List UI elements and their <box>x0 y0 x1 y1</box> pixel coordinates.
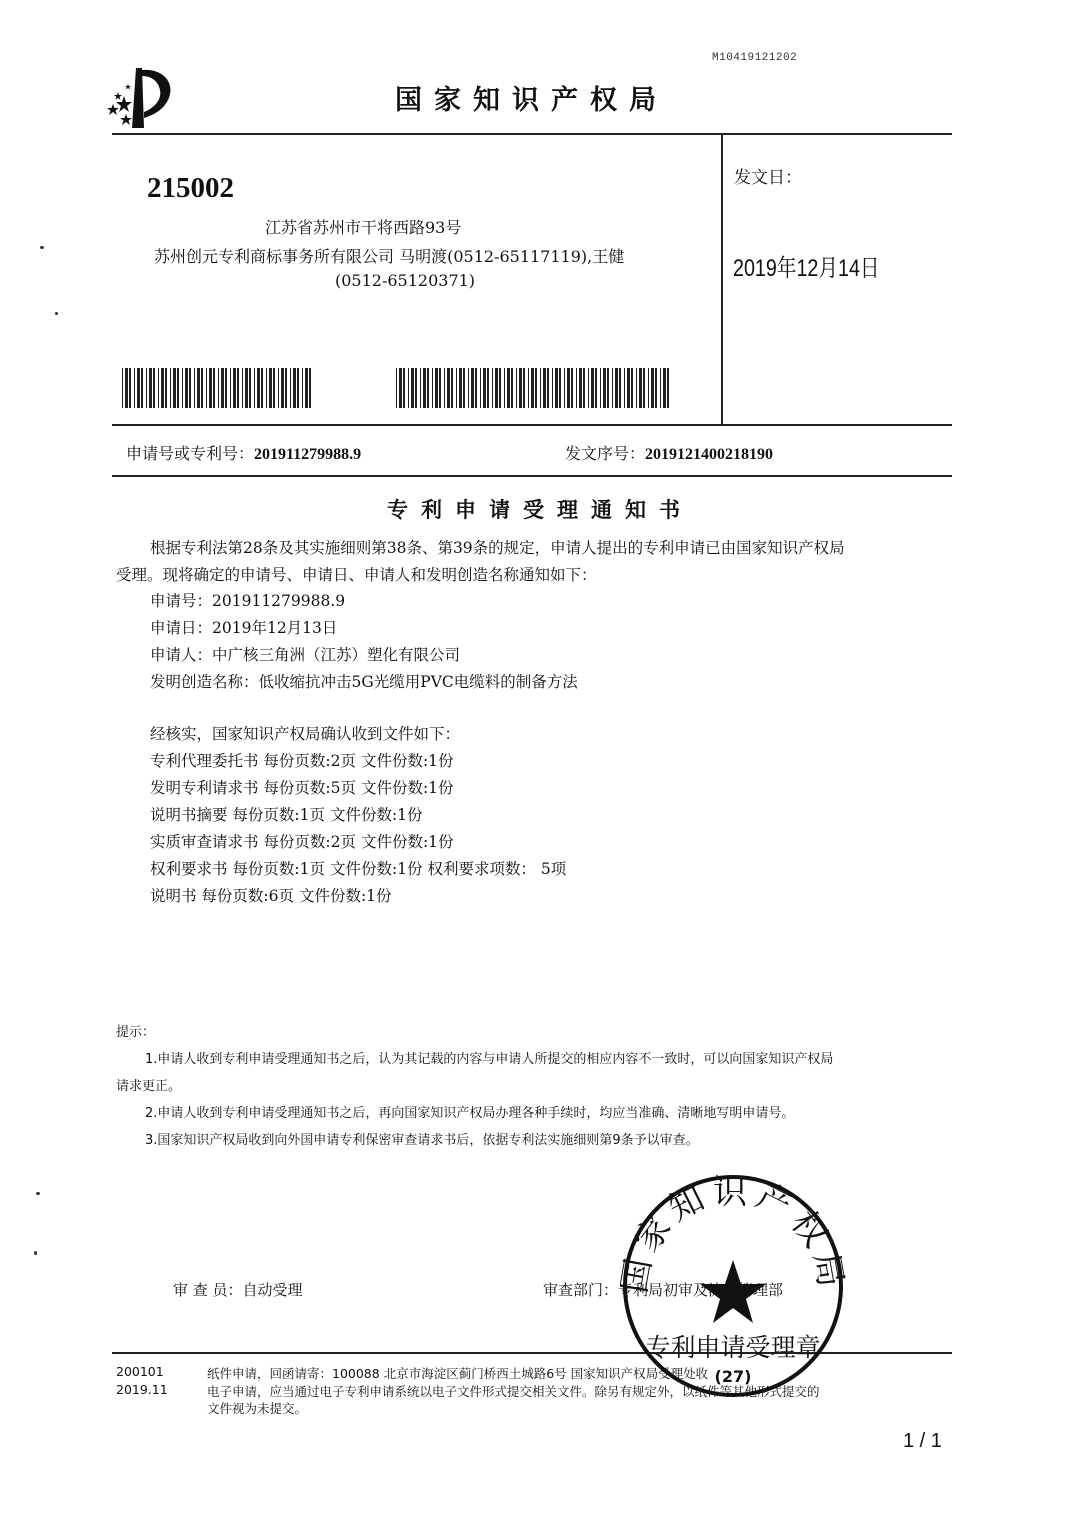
scan-speck <box>40 246 44 249</box>
department-label: 审查部门： <box>543 1281 618 1299</box>
application-number-label: 申请号或专利号： <box>126 444 254 463</box>
tip-item-cont: 请求更正。 <box>116 1075 181 1094</box>
official-seal-icon: 国家知识产权局 专利申请受理章 (27) <box>620 1172 846 1400</box>
field-value: 中广核三角洲（江苏）塑化有限公司 <box>212 646 460 664</box>
scan-speck <box>36 1192 40 1195</box>
examiner-label: 审 查 员： <box>173 1281 243 1299</box>
notice-field: 发明创造名称：低收缩抗冲击5G光缆用PVC电缆料的制备方法 <box>150 670 578 692</box>
notice-field: 申请号：201911279988.9 <box>150 589 345 611</box>
field-label: 申请人： <box>150 646 212 664</box>
field-value: 低收缩抗冲击5G光缆用PVC电缆料的制备方法 <box>259 673 578 691</box>
examiner: 审 查 员：自动受理 <box>173 1279 303 1300</box>
divider <box>112 424 952 426</box>
agency-line: 苏州创元专利商标事务所有限公司 马明渡(0512-65117119),王健 <box>154 244 624 267</box>
tip-item: 2.申请人收到专利申请受理通知书之后，再向国家知识产权局办理各种手续时，均应当准… <box>145 1102 794 1121</box>
intro-paragraph-cont: 受理。现将确定的申请号、申请日、申请人和发明创造名称通知如下： <box>116 562 597 589</box>
org-title: 国家知识产权局 <box>395 78 668 117</box>
cnipa-logo-icon <box>98 62 178 132</box>
serial-number-row: 发文序号：2019121400218190 <box>565 441 773 464</box>
barcode-icon <box>396 368 670 408</box>
footer-line: 文件视为未提交。 <box>207 1399 307 1417</box>
field-label: 申请日： <box>150 619 212 637</box>
examiner-value: 自动受理 <box>243 1281 303 1299</box>
svg-text:专利申请受理章: 专利申请受理章 <box>645 1333 820 1362</box>
received-intro: 经核实，国家知识产权局确认收到文件如下： <box>150 722 460 744</box>
footer-code: 200101 <box>116 1364 164 1379</box>
field-value: 2019年12月13日 <box>212 619 337 637</box>
serial-number-label: 发文序号： <box>565 444 645 463</box>
phone-line: (0512-65120371) <box>335 271 475 290</box>
received-document: 权利要求书 每份页数:1页 文件份数:1份 权利要求项数： 5项 <box>150 857 566 879</box>
svg-text:(27): (27) <box>715 1367 752 1386</box>
barcode-icon <box>122 368 314 408</box>
page-number: 1 / 1 <box>903 1430 942 1453</box>
received-document: 实质审查请求书 每份页数:2页 文件份数:1份 <box>150 830 454 852</box>
postcode: 215002 <box>147 172 234 205</box>
scan-speck <box>34 1251 37 1255</box>
divider <box>112 133 952 135</box>
application-number-value: 201911279988.9 <box>254 446 361 463</box>
notice-field: 申请日：2019年12月13日 <box>150 616 337 638</box>
tip-item: 3.国家知识产权局收到向外国申请专利保密审查请求书后，依据专利法实施细则第9条予… <box>145 1129 699 1148</box>
received-document: 说明书摘要 每份页数:1页 文件份数:1份 <box>150 803 423 825</box>
issue-date-value: 2019年12月14日 <box>733 248 880 283</box>
received-document: 专利代理委托书 每份页数:2页 文件份数:1份 <box>150 749 454 771</box>
field-label: 发明创造名称： <box>150 673 259 691</box>
application-number-row: 申请号或专利号：201911279988.9 <box>126 441 361 464</box>
scan-speck <box>55 312 58 315</box>
received-document: 说明书 每份页数:6页 文件份数:1份 <box>150 884 392 906</box>
field-value: 201911279988.9 <box>212 592 345 610</box>
issue-date-label: 发文日： <box>734 163 802 188</box>
tip-item: 1.申请人收到专利申请受理通知书之后，认为其记载的内容与申请人所提交的相应内容不… <box>145 1048 833 1067</box>
serial-number-value: 2019121400218190 <box>645 446 773 463</box>
tips-heading: 提示： <box>116 1021 155 1040</box>
divider <box>112 475 952 477</box>
footer-code: 2019.11 <box>116 1382 168 1397</box>
notice-field: 申请人：中广核三角洲（江苏）塑化有限公司 <box>150 643 460 665</box>
intro-paragraph: 根据专利法第28条及其实施细则第38条、第39条的规定，申请人提出的专利申请已由… <box>150 535 845 562</box>
notice-title: 专利申请受理通知书 <box>0 494 1080 524</box>
field-label: 申请号： <box>150 592 212 610</box>
received-document: 发明专利请求书 每份页数:5页 文件份数:1份 <box>150 776 454 798</box>
address-line: 江苏省苏州市干将西路93号 <box>265 215 461 238</box>
document-code: M10419121202 <box>712 52 797 64</box>
divider <box>721 133 723 425</box>
